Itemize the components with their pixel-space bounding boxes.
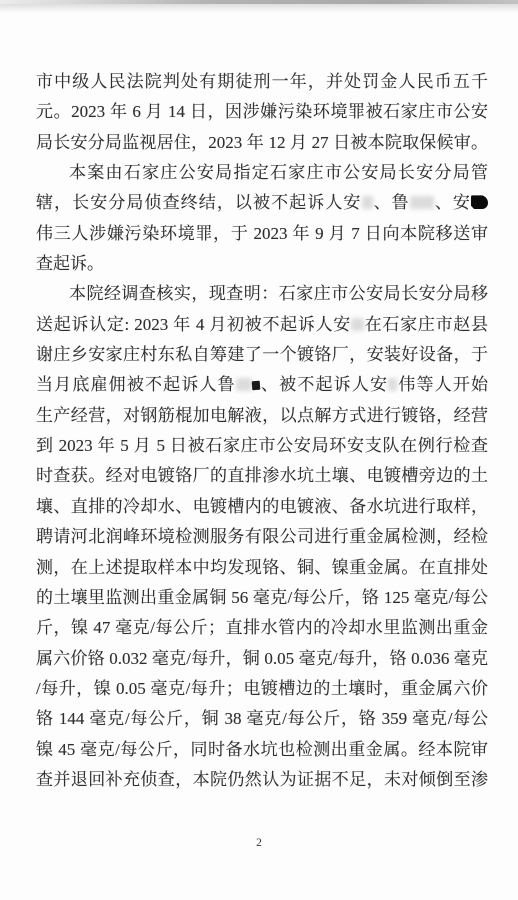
text-line: 聘请河北润峰环境检测服务有限公司进行重金属检测，经检 [36,522,488,552]
text-line-redacted: 当月底雇佣被不起诉人鲁、被不起诉人安伟等人开始 [36,370,488,400]
text-line: /每升，镍 0.05 毫克/每升；电镀槽边的土壤时，重金属六价 [36,674,488,704]
redacted-name-blur [362,196,373,209]
redaction-black-mark [471,195,488,209]
text-line: 属六价铬 0.032 毫克/每升，铜 0.05 毫克/每升，铬 0.036 毫克 [36,644,488,674]
text-segment: 、安 [434,193,471,212]
text-line: 查并退回补充侦查，本院仍然认为证据不足，未对倾倒至渗 [36,765,488,795]
text-segment: 、被不起诉人安 [260,375,388,394]
text-line-redacted: 送起诉认定: 2023 年 4 月初被不起诉人安在石家庄市赵县 [36,310,488,340]
text-segment: 当月底雇佣被不起诉人鲁 [36,375,236,394]
redacted-name-blur [351,318,364,331]
text-line: 生产经营，对钢筋棍加电解液，以点解方式进行镀铬，经营 [36,401,488,431]
text-line: 本院经调查核实，现查明：石家庄市公安局长安分局移 [36,279,488,309]
redaction-ink-mark [252,381,261,391]
text-line: 局长安分局监视居住，2023 年 12 月 27 日被本院取保候审。 [36,128,488,158]
text-line: 镍 45 毫克/每公斤，同时备水坑也检测出重金属。经本院审 [36,735,488,765]
text-line-redacted: 辖，长安分局侦查终结，以被不起诉人安、鲁、安 [36,188,488,218]
text-line: 查起诉。 [36,249,488,279]
text-line: 市中级人民法院判处有期徒刑一年，并处罚金人民币五千 [36,67,488,97]
text-line: 本案由石家庄公安局指定石家庄市公安局长安分局管 [36,158,488,188]
text-line: 铬 144 毫克/每公斤，铜 38 毫克/每公斤，铬 359 毫克/每公斤， [36,704,488,734]
text-line: 测，在上述提取样本中均发现铬、铜、镍重金属。在直排处 [36,553,488,583]
text-line: 到 2023 年 5 月 5 日被石家庄市公安局环安支队在例行检查 [36,431,488,461]
text-line: 谢庄乡安家庄村东私自筹建了一个镀铬厂，安装好设备，于 [36,340,488,370]
text-line: 元。2023 年 6 月 14 日，因涉嫌污染环境罪被石家庄市公安 [36,97,488,127]
text-segment: 、鲁 [373,193,410,212]
text-line: 时查获。经对电镀铬厂的直排渗水坑土壤、电镀槽旁边的土 [36,461,488,491]
text-line: 伟三人涉嫌污染环境罪，于 2023 年 9 月 7 日向本院移送审 [36,219,488,249]
document-page: 市中级人民法院判处有期徒刑一年，并处罚金人民币五千 元。2023 年 6 月 1… [0,0,518,900]
text-line: 壤、直排的冷却水、电镀槽内的电镀液、备水坑进行取样， [36,492,488,522]
page-number: 2 [0,837,518,849]
document-text-block: 市中级人民法院判处有期徒刑一年，并处罚金人民币五千 元。2023 年 6 月 1… [36,67,488,795]
text-line: 的土壤里监测出重金属铜 56 毫克/每公斤，铬 125 毫克/每公 [36,583,488,613]
text-line: 斤，镍 47 毫克/每公斤；直排水管内的冷却水里监测出重金 [36,613,488,643]
scan-edge-fade [0,4,518,13]
redacted-name-blur [236,378,252,391]
text-segment: 辖，长安分局侦查终结，以被不起诉人安 [36,193,362,212]
redacted-name-blur [410,196,434,209]
redacted-name-blur [388,378,397,391]
text-segment: 在石家庄市赵县 [364,315,488,334]
text-segment: 送起诉认定: 2023 年 4 月初被不起诉人安 [36,315,351,334]
text-segment: 伟等人开始 [397,375,488,394]
